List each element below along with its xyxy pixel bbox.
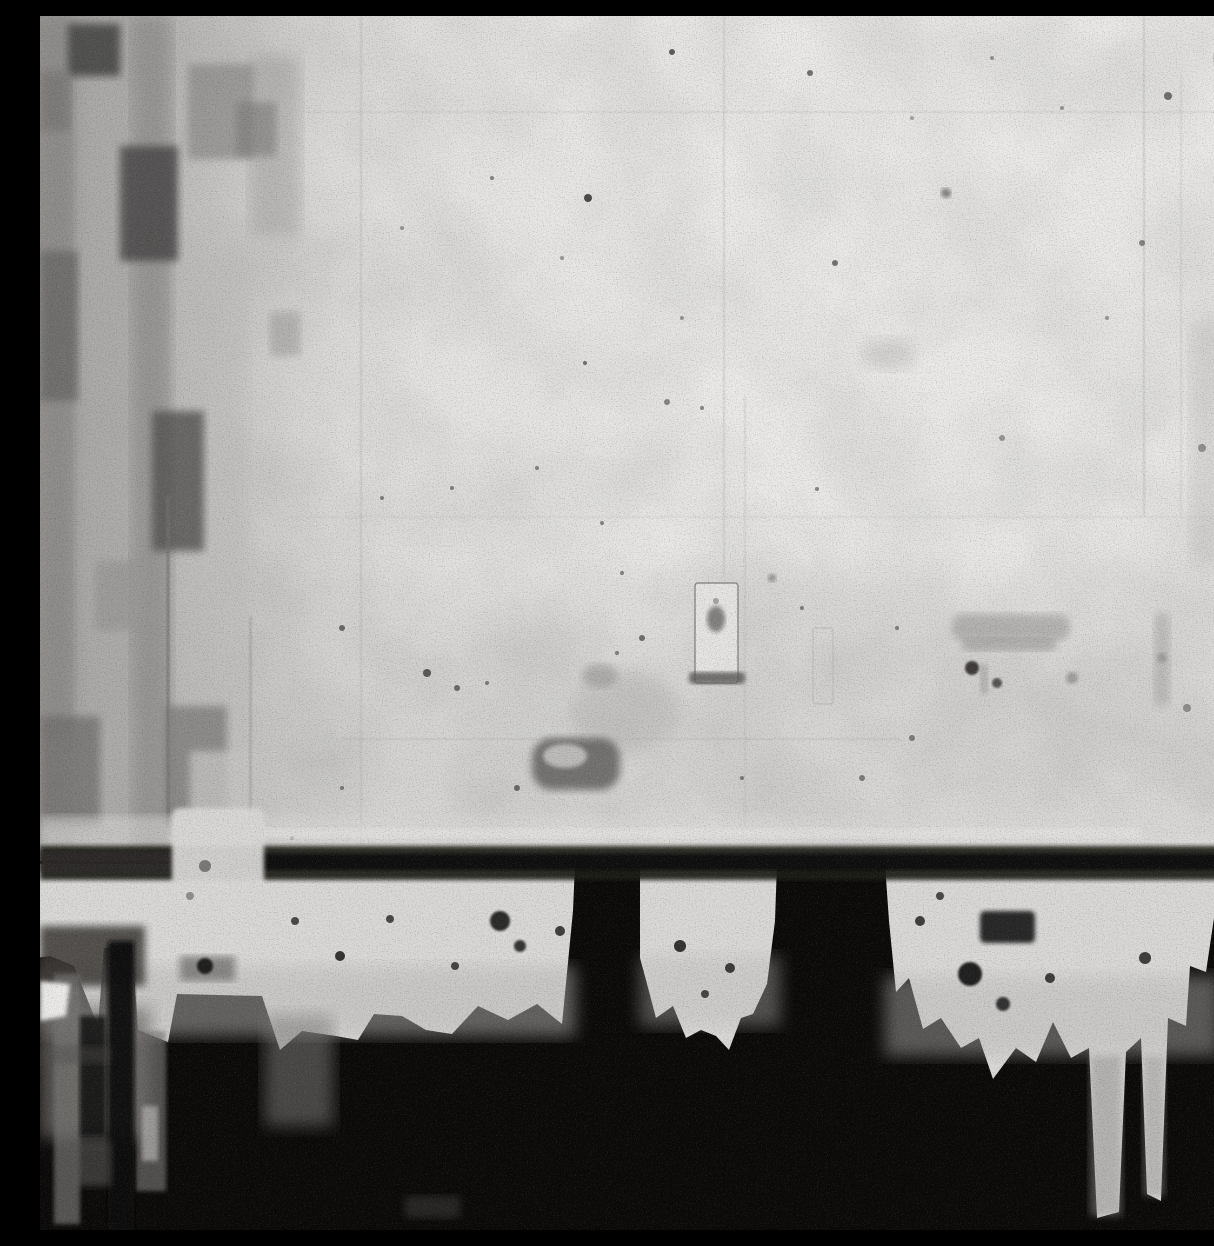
film-grain-overlay [40, 16, 1214, 1230]
grain-light [40, 16, 1214, 1230]
photo-canvas [40, 16, 1214, 1230]
photograph [40, 16, 1214, 1230]
